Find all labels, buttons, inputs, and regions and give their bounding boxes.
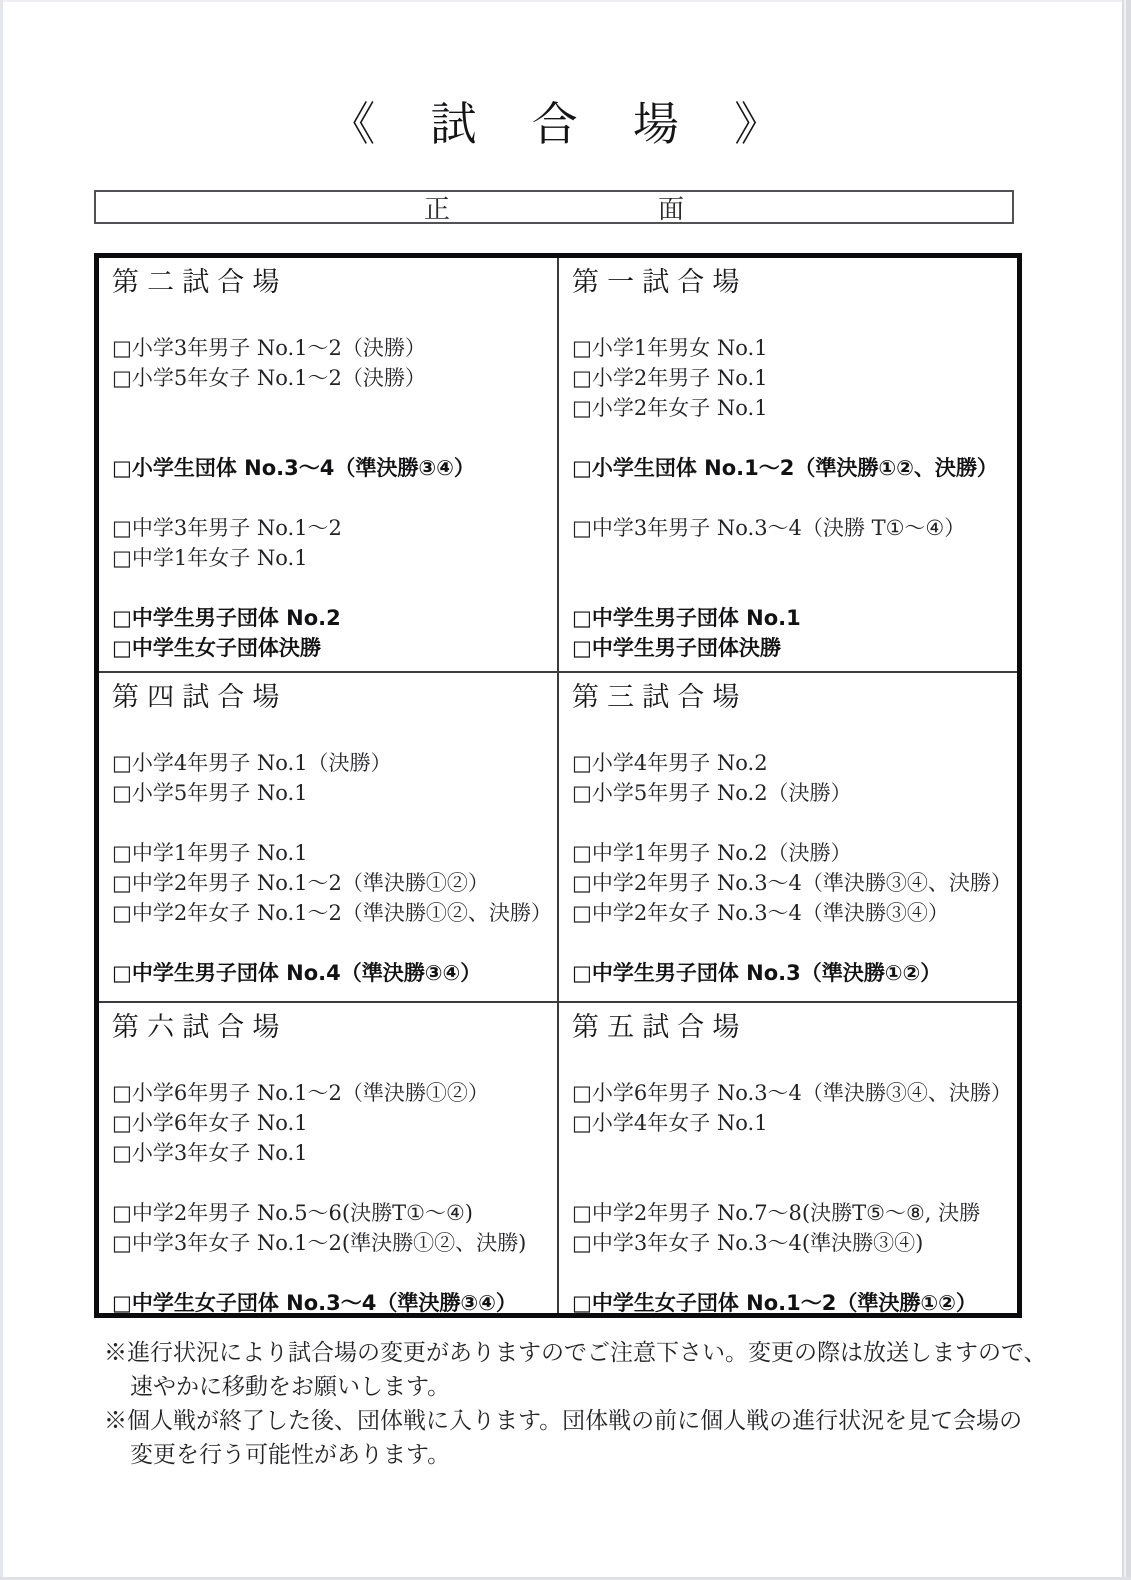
- match-line: □小学生団体 No.1～2（準決勝①②、決勝）: [572, 453, 1009, 483]
- court-cell-3: 第三試合場 □小学4年男子 No.2□小学5年男子 No.2（決勝）□中学1年男…: [559, 673, 1017, 1003]
- match-line: □中学生男子団体 No.1: [572, 603, 1009, 633]
- match-line: [572, 1138, 1009, 1168]
- match-line: □中学生男子団体決勝: [572, 633, 1009, 663]
- match-line: [112, 1168, 549, 1198]
- footnote-line: ※個人戦が終了した後、団体戦に入ります。団体戦の前に個人戦の進行状況を見て会場の: [104, 1404, 1091, 1438]
- match-line: □小学1年男女 No.1: [572, 333, 1009, 363]
- court-cell-1: 第一試合場 □小学1年男女 No.1□小学2年男子 No.1□小学2年女子 No…: [559, 258, 1017, 673]
- footnote-line: ※進行状況により試合場の変更がありますのでご注意下さい。変更の際は放送しますので…: [104, 1336, 1091, 1370]
- match-line: □小学2年女子 No.1: [572, 393, 1009, 423]
- match-line: □小学6年男子 No.3～4（準決勝③④、決勝）: [572, 1078, 1009, 1108]
- match-line: [572, 483, 1009, 513]
- match-line: [572, 303, 1009, 333]
- page-title: 《 試 合 場 》: [0, 96, 1114, 154]
- match-line: □小学4年男子 No.1（決勝）: [112, 748, 549, 778]
- match-line: □中学3年女子 No.1～2(準決勝①②、決勝): [112, 1228, 549, 1258]
- front-label: 正 面: [424, 189, 684, 226]
- court-title: 第一試合場: [572, 263, 1009, 303]
- court-title: 第四試合場: [112, 678, 549, 718]
- match-line: [572, 928, 1009, 958]
- footnote-line: 速やかに移動をお願いします。: [104, 1370, 1091, 1404]
- match-line: [112, 393, 549, 423]
- match-line: □小学4年男子 No.2: [572, 748, 1009, 778]
- match-line: [572, 543, 1009, 573]
- court-title: 第二試合場: [112, 263, 549, 303]
- match-line: □小学6年男子 No.1～2（準決勝①②）: [112, 1078, 549, 1108]
- match-line: [572, 423, 1009, 453]
- match-line: □中学1年女子 No.1: [112, 543, 549, 573]
- match-line: [112, 928, 549, 958]
- match-line: [572, 1258, 1009, 1288]
- match-line: [112, 573, 549, 603]
- court-cell-5: 第五試合場 □小学6年男子 No.3～4（準決勝③④、決勝）□小学4年女子 No…: [559, 1003, 1017, 1313]
- match-line: □中学1年男子 No.1: [112, 838, 549, 868]
- match-line: □中学3年男子 No.3～4（決勝 T①～④）: [572, 513, 1009, 543]
- photo-edge-left: [0, 0, 3, 1580]
- match-line: □小学3年女子 No.1: [112, 1138, 549, 1168]
- match-line: [112, 808, 549, 838]
- match-line: □小学6年女子 No.1: [112, 1108, 549, 1138]
- match-line: □小学2年男子 No.1: [572, 363, 1009, 393]
- court-match-list: □小学4年男子 No.1（決勝）□小学5年男子 No.1□中学1年男子 No.1…: [112, 718, 549, 988]
- footnote-line: 変更を行う可能性があります。: [104, 1438, 1091, 1472]
- match-line: □中学3年男子 No.1～2: [112, 513, 549, 543]
- court-match-list: □小学3年男子 No.1～2（決勝）□小学5年女子 No.1～2（決勝）□小学生…: [112, 303, 549, 663]
- match-line: □小学生団体 No.3～4（準決勝③④）: [112, 453, 549, 483]
- match-line: □中学生男子団体 No.3（準決勝①②）: [572, 958, 1009, 988]
- court-title: 第五試合場: [572, 1008, 1009, 1048]
- match-line: □中学生男子団体 No.2: [112, 603, 549, 633]
- court-match-list: □小学6年男子 No.3～4（準決勝③④、決勝）□小学4年女子 No.1□中学2…: [572, 1048, 1009, 1313]
- match-line: □小学5年女子 No.1～2（決勝）: [112, 363, 549, 393]
- match-line: □中学生男子団体 No.4（準決勝③④）: [112, 958, 549, 988]
- photo-edge-right: [1122, 0, 1131, 1580]
- scanned-document-page: { "page": { "title": "《 試 合 場 》", "front…: [0, 0, 1131, 1580]
- match-line: [572, 1168, 1009, 1198]
- court-match-list: □小学4年男子 No.2□小学5年男子 No.2（決勝）□中学1年男子 No.2…: [572, 718, 1009, 988]
- court-match-list: □小学1年男女 No.1□小学2年男子 No.1□小学2年女子 No.1□小学生…: [572, 303, 1009, 663]
- match-line: [572, 718, 1009, 748]
- match-line: [572, 1048, 1009, 1078]
- front-header-box: 正 面: [94, 190, 1014, 224]
- court-cell-4: 第四試合場 □小学4年男子 No.1（決勝）□小学5年男子 No.1□中学1年男…: [99, 673, 559, 1003]
- court-assignment-table: 第二試合場 □小学3年男子 No.1～2（決勝）□小学5年女子 No.1～2（決…: [94, 253, 1022, 1318]
- match-line: □中学2年女子 No.1～2（準決勝①②、決勝）: [112, 898, 549, 928]
- match-line: [572, 808, 1009, 838]
- court-cell-6: 第六試合場 □小学6年男子 No.1～2（準決勝①②）□小学6年女子 No.1□…: [99, 1003, 559, 1313]
- match-line: □小学4年女子 No.1: [572, 1108, 1009, 1138]
- court-title: 第三試合場: [572, 678, 1009, 718]
- match-line: □中学2年女子 No.3～4（準決勝③④）: [572, 898, 1009, 928]
- match-line: □中学1年男子 No.2（決勝）: [572, 838, 1009, 868]
- court-match-list: □小学6年男子 No.1～2（準決勝①②）□小学6年女子 No.1□小学3年女子…: [112, 1048, 549, 1313]
- court-title: 第六試合場: [112, 1008, 549, 1048]
- match-line: [112, 1048, 549, 1078]
- match-line: [112, 423, 549, 453]
- match-line: [572, 573, 1009, 603]
- match-line: □中学2年男子 No.7～8(決勝T⑤～⑧, 決勝: [572, 1198, 1009, 1228]
- footnotes: ※進行状況により試合場の変更がありますのでご注意下さい。変更の際は放送しますので…: [104, 1336, 1091, 1472]
- match-line: □中学生女子団体 No.1～2（準決勝①②）: [572, 1288, 1009, 1313]
- match-line: □中学2年男子 No.5～6(決勝T①～④): [112, 1198, 549, 1228]
- match-line: □小学5年男子 No.2（決勝）: [572, 778, 1009, 808]
- photo-edge-top: [0, 0, 1131, 2]
- match-line: [112, 718, 549, 748]
- match-line: □中学生女子団体 No.3～4（準決勝③④）: [112, 1288, 549, 1313]
- match-line: □中学3年女子 No.3～4(準決勝③④): [572, 1228, 1009, 1258]
- match-line: [112, 1258, 549, 1288]
- match-line: □中学2年男子 No.3～4（準決勝③④、決勝）: [572, 868, 1009, 898]
- court-cell-2: 第二試合場 □小学3年男子 No.1～2（決勝）□小学5年女子 No.1～2（決…: [99, 258, 559, 673]
- match-line: □小学5年男子 No.1: [112, 778, 549, 808]
- match-line: [112, 483, 549, 513]
- match-line: □中学生女子団体決勝: [112, 633, 549, 663]
- match-line: □中学2年男子 No.1～2（準決勝①②）: [112, 868, 549, 898]
- match-line: □小学3年男子 No.1～2（決勝）: [112, 333, 549, 363]
- match-line: [112, 303, 549, 333]
